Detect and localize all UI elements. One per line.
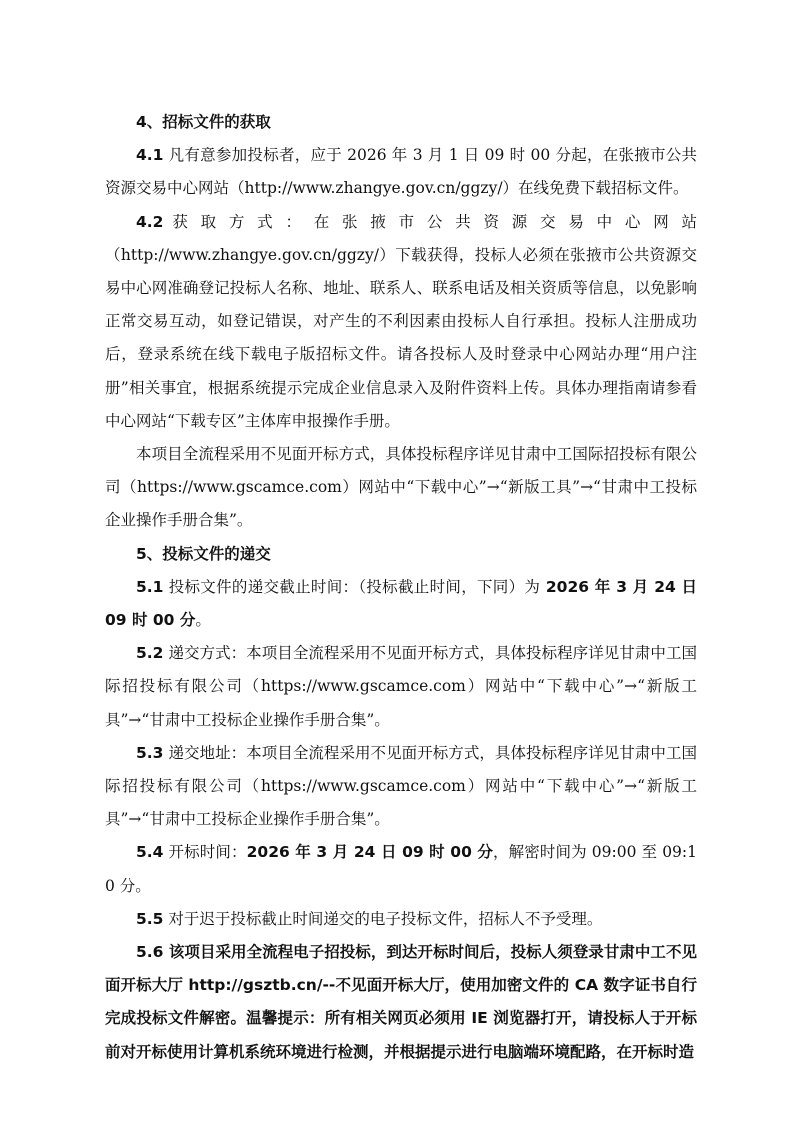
paragraph-process: 本项目全流程采用不见面开标方式，具体投标程序详见甘肃中工国际招投标有限公司（ht… — [105, 438, 697, 538]
clause-text: 递交地址：本项目全流程采用不见面开标方式，具体投标程序详见甘肃中工国际招投标有限… — [105, 744, 697, 828]
clause-text: 凡有意参加投标者，应于 2026 年 3 月 1 日 09 时 00 分起，在张… — [105, 146, 697, 197]
paragraph-5-5: 5.5 对于迟于投标截止时间递交的电子投标文件，招标人不予受理。 — [105, 903, 697, 936]
paragraph-4-2-line-1: 4.2 获 取 方 式 ： 在 张 掖 市 公 共 资 源 交 易 中 心 网 … — [105, 206, 697, 239]
paragraph-4-1: 4.1 凡有意参加投标者，应于 2026 年 3 月 1 日 09 时 00 分… — [105, 139, 697, 205]
section-5-heading: 5、投标文件的递交 — [105, 538, 697, 571]
clause-end: 。 — [195, 611, 211, 629]
clause-number: 5.5 — [136, 910, 163, 928]
paragraph-5-3: 5.3 递交地址：本项目全流程采用不见面开标方式，具体投标程序详见甘肃中工国际招… — [105, 737, 697, 837]
clause-text: 递交方式：本项目全流程采用不见面开标方式，具体投标程序详见甘肃中工国际招投标有限… — [105, 644, 697, 728]
clause-number: 5.2 — [136, 644, 163, 662]
clause-text: 获 取 方 式 ： 在 张 掖 市 公 共 资 源 交 易 中 心 网 站 — [163, 213, 697, 231]
clause-number: 5.1 — [136, 578, 163, 596]
paragraph-4-2-body: （http://www.zhangye.gov.cn/ggzy/）下载获得，投标… — [105, 239, 697, 438]
paragraph-5-6: 5.6 该项目采用全流程电子招投标，到达开标时间后，投标人须登录甘肃中工不见面开… — [105, 936, 697, 1069]
clause-label: 开标时间： — [163, 843, 246, 861]
clause-number: 4.2 — [136, 213, 163, 231]
document-page: 4、招标文件的获取 4.1 凡有意参加投标者，应于 2026 年 3 月 1 日… — [105, 106, 697, 1069]
clause-text: 投标文件的递交截止时间：（投标截止时间，下同）为 — [163, 578, 540, 596]
opening-time: 2026 年 3 月 24 日 09 时 00 分 — [247, 843, 493, 861]
clause-number: 5.3 — [136, 744, 163, 762]
paragraph-5-1: 5.1 投标文件的递交截止时间：（投标截止时间，下同）为 2026 年 3 月 … — [105, 571, 697, 637]
paragraph-5-2: 5.2 递交方式：本项目全流程采用不见面开标方式，具体投标程序详见甘肃中工国际招… — [105, 637, 697, 737]
section-4-heading: 4、招标文件的获取 — [105, 106, 697, 139]
clause-number: 5.4 — [136, 843, 163, 861]
paragraph-5-4: 5.4 开标时间：2026 年 3 月 24 日 09 时 00 分，解密时间为… — [105, 836, 697, 902]
clause-number: 4.1 — [136, 146, 163, 164]
clause-text: 对于迟于投标截止时间递交的电子投标文件，招标人不予受理。 — [163, 910, 602, 928]
